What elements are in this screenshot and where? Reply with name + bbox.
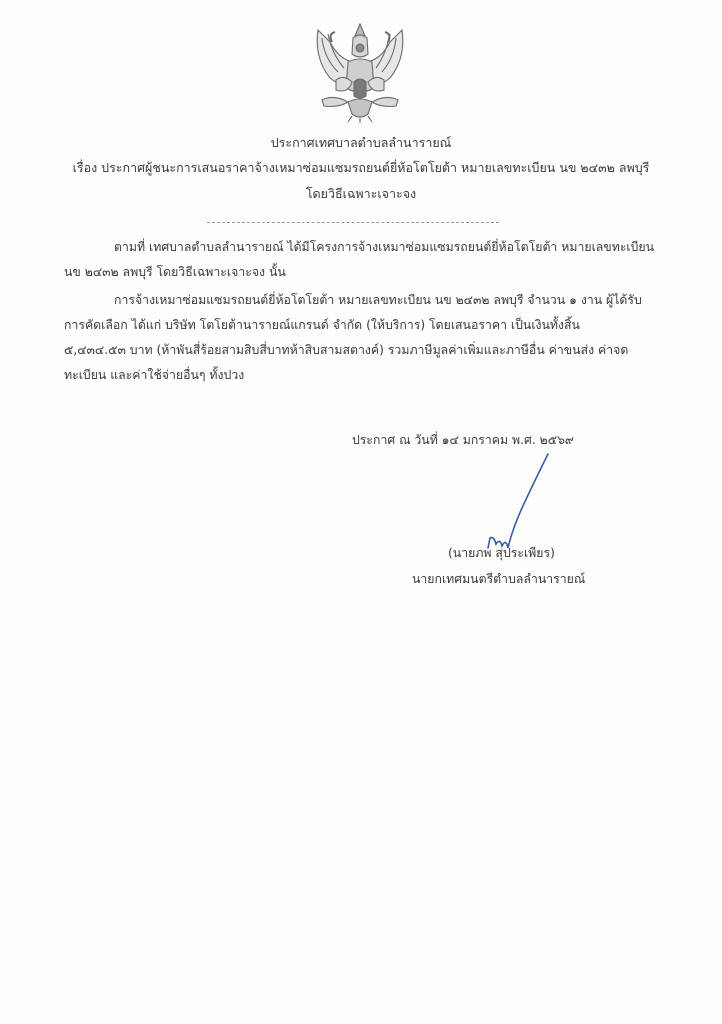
issuer-heading: ประกาศเทศบาลตำบลลำนารายณ์ bbox=[0, 133, 722, 153]
signatory-position: นายกเทศมนตรีตำบลลำนารายณ์ bbox=[412, 570, 585, 589]
paragraph-2-line-1: การจ้างเหมาซ่อมแซมรถยนต์ยี่ห้อโตโยต้า หม… bbox=[114, 291, 642, 310]
garuda-emblem-icon bbox=[308, 18, 412, 123]
paragraph-2-line-4: ทะเบียน และค่าใช้จ่ายอื่นๆ ทั้งปวง bbox=[64, 366, 244, 385]
divider bbox=[207, 222, 499, 223]
subject-heading: เรื่อง ประกาศผู้ชนะการเสนอราคาจ้างเหมาซ่… bbox=[0, 158, 722, 178]
announcement-date: ประกาศ ณ วันที่ ๑๔ มกราคม พ.ศ. ๒๕๖๙ bbox=[352, 431, 574, 450]
paragraph-1-line-2: นข ๒๔๓๒ ลพบุรี โดยวิธีเฉพาะเจาะจง นั้น bbox=[64, 263, 286, 282]
paragraph-1-line-1: ตามที่ เทศบาลตำบลลำนารายณ์ ได้มีโครงการจ… bbox=[114, 238, 654, 257]
signatory-name: (นายภพ สุประเพียร) bbox=[448, 544, 555, 563]
subject-heading-cont: โดยวิธีเฉพาะเจาะจง bbox=[0, 184, 722, 204]
paragraph-2-line-2: การคัดเลือก ได้แก่ บริษัท โตโยต้านารายณ์… bbox=[64, 316, 580, 335]
signature-icon bbox=[478, 452, 550, 552]
document-page: ประกาศเทศบาลตำบลลำนารายณ์ เรื่อง ประกาศผ… bbox=[0, 0, 722, 1024]
paragraph-2-line-3: ๕,๔๓๔.๕๓ บาท (ห้าพันสี่ร้อยสามสิบสี่บาทห… bbox=[64, 341, 628, 360]
